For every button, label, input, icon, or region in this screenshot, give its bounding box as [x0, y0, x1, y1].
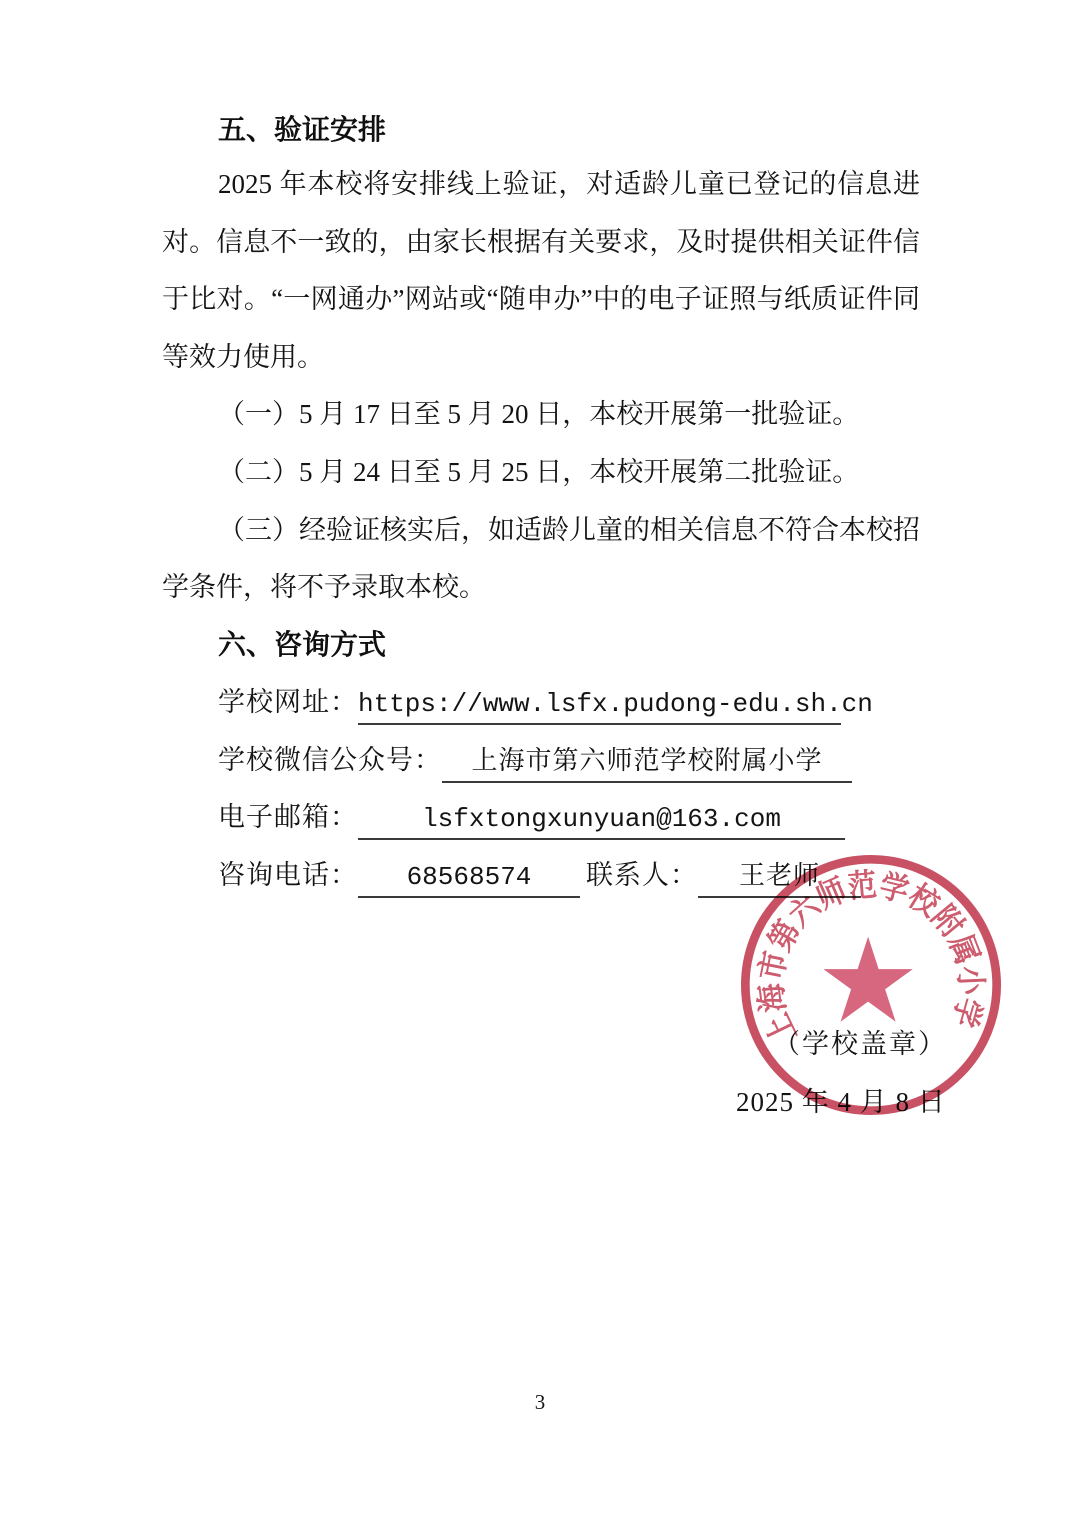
website-row: 学校网址：https://www.lsfx.pudong-edu.sh.cn [162, 680, 1008, 725]
phone-value: 68568574 [358, 862, 580, 898]
section-5-body: 2025 年本校将安排线上验证，对适龄儿童已登记的信息进行比 对。信息不一致的，… [162, 156, 920, 617]
seal-caption: （学校盖章） [773, 1022, 947, 1061]
phone-label: 咨询电话： [218, 853, 358, 892]
email-row: 电子邮箱：lsfxtongxunyuan@163.com [162, 795, 1008, 840]
list-item-1: （一）5 月 17 日至 5 月 20 日，本校开展第一批验证。 [162, 386, 920, 444]
wechat-value: 上海市第六师范学校附属小学 [442, 740, 852, 783]
list-item-2: （二）5 月 24 日至 5 月 25 日，本校开展第二批验证。 [162, 444, 920, 502]
document-page: 五、验证安排 2025 年本校将安排线上验证，对适龄儿童已登记的信息进行比 对。… [0, 0, 1080, 1528]
paragraph-line: 对。信息不一致的，由家长根据有关要求，及时提供相关证件信息用 [162, 214, 920, 272]
wechat-label: 学校微信公众号： [218, 738, 442, 777]
paragraph-line: 等效力使用。 [162, 329, 920, 387]
page-number: 3 [0, 1390, 1080, 1415]
section-6-heading: 六、咨询方式 [218, 623, 386, 663]
star-icon [823, 937, 912, 1022]
wechat-row: 学校微信公众号：上海市第六师范学校附属小学 [162, 738, 1008, 783]
list-item-3: （三）经验证核实后，如适龄儿童的相关信息不符合本校招生入 [162, 502, 920, 560]
website-label: 学校网址： [218, 680, 358, 719]
section-5-heading: 五、验证安排 [218, 108, 386, 148]
contact-value: 王老师 [698, 855, 861, 898]
paragraph-line: 于比对。“一网通办”网站或“随申办”中的电子证照与纸质证件同 [162, 271, 920, 329]
phone-row: 咨询电话：68568574联系人：王老师 [162, 853, 1008, 898]
email-label: 电子邮箱： [218, 795, 358, 834]
email-value: lsfxtongxunyuan@163.com [358, 804, 845, 840]
document-date: 2025 年 4 月 8 日 [736, 1080, 946, 1119]
website-value: https://www.lsfx.pudong-edu.sh.cn [358, 689, 841, 725]
contact-label: 联系人： [586, 853, 698, 892]
list-item-3-continued: 学条件，将不予录取本校。 [162, 559, 920, 617]
paragraph-line: 2025 年本校将安排线上验证，对适龄儿童已登记的信息进行比 [162, 156, 920, 214]
